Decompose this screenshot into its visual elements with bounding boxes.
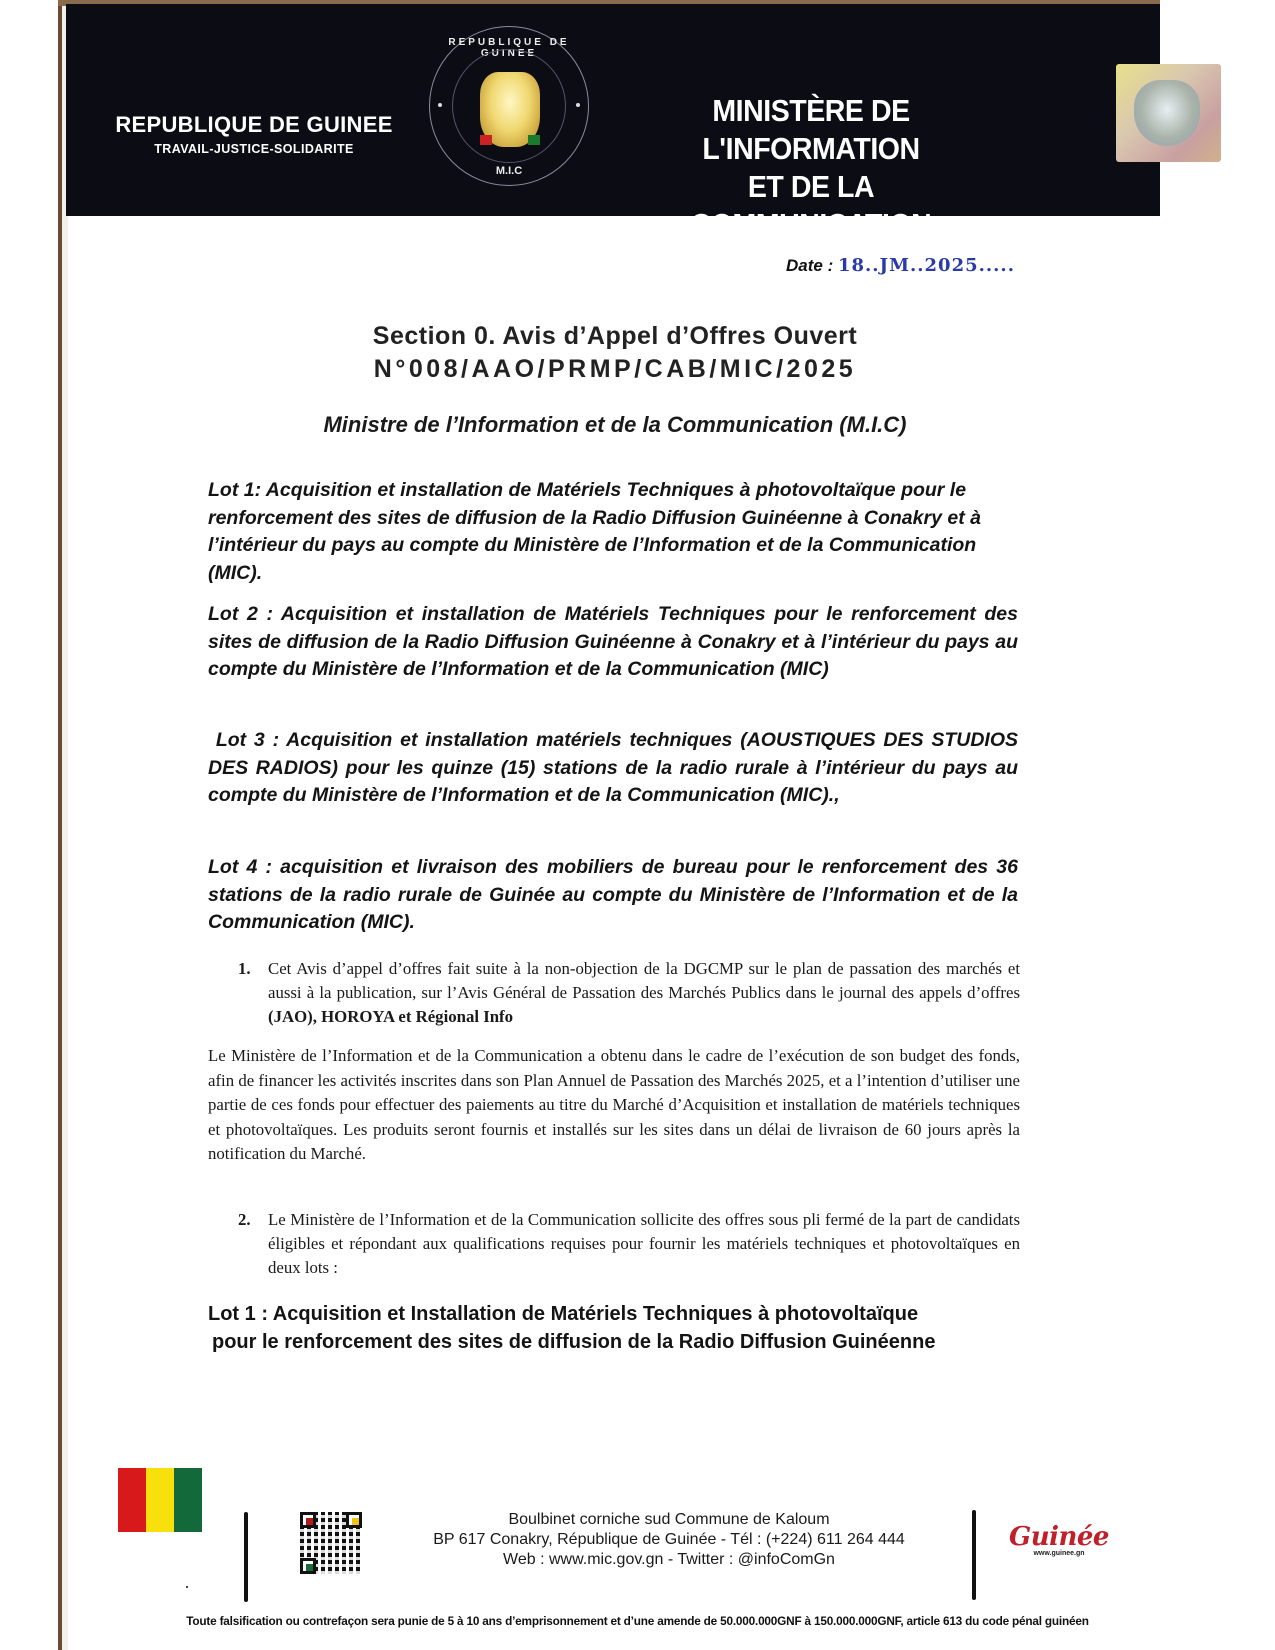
address-line3: Web : www.mic.gov.gn - Twitter : @infoCo… xyxy=(384,1550,954,1570)
coat-ribbon-green xyxy=(528,135,540,145)
ministry-name-line2: ET DE LA COMMUNICATION xyxy=(641,168,981,244)
item-number: 1. xyxy=(238,957,251,981)
ministry-name-block: MINISTÈRE DE L'INFORMATION ET DE LA COMM… xyxy=(626,92,996,244)
legal-disclaimer: Toute falsification ou contrefaçon sera … xyxy=(100,1614,1175,1628)
hologram-stamp-icon xyxy=(1116,64,1221,162)
funding-paragraph: Le Ministère de l’Information et de la C… xyxy=(208,1044,1020,1167)
lot-text: acquisition et livraison des mobiliers d… xyxy=(208,856,1018,933)
flag-yellow-band xyxy=(146,1468,174,1532)
lot-label: Lot 1: xyxy=(208,479,266,501)
ministry-name-line1: MINISTÈRE DE L'INFORMATION xyxy=(641,92,981,168)
page-edge-shadow xyxy=(62,0,68,1650)
lot-4-description: Lot 4 : acquisition et livraison des mob… xyxy=(208,854,1018,937)
date-value-handwritten: 18..JM..2025..... xyxy=(838,255,1015,276)
guinea-flag-icon xyxy=(118,1468,202,1532)
flag-green-band xyxy=(174,1468,202,1532)
final-lot-line2: pour le renforcement des sites de diffus… xyxy=(208,1328,1020,1356)
notice-reference-number: N°008/AAO/PRMP/CAB/MIC/2025 xyxy=(200,355,1030,384)
qr-finder-top-left xyxy=(300,1512,316,1528)
lot-1-description: Lot 1: Acquisition et installation de Ma… xyxy=(208,477,1018,587)
notice-title-line1: Section 0. Avis d’Appel d’Offres Ouvert xyxy=(200,322,1030,351)
flag-red-band xyxy=(118,1468,146,1532)
address-line2: BP 617 Conakry, République de Guinée - T… xyxy=(384,1530,954,1550)
footer-address: Boulbinet corniche sud Commune de Kaloum… xyxy=(384,1510,954,1570)
address-line1: Boulbinet corniche sud Commune de Kaloum xyxy=(384,1510,954,1530)
qr-finder-top-right xyxy=(346,1512,362,1528)
numbered-item-2: 2. Le Ministère de l’Information et de l… xyxy=(238,1208,1020,1280)
date-line: Date : 18..JM..2025..... xyxy=(786,255,1015,276)
guinee-logo-text: Guinée xyxy=(1004,1522,1114,1552)
lot-label: Lot 2 : xyxy=(208,603,281,625)
republic-title: REPUBLIQUE DE GUINEE xyxy=(114,112,394,138)
lot-3-description: Lot 3 : Acquisition et installation maté… xyxy=(208,727,1018,810)
item-text: Cet Avis d’appel d’offres fait suite à l… xyxy=(268,959,1020,1002)
footer-divider-left xyxy=(244,1512,248,1602)
notice-title: Section 0. Avis d’Appel d’Offres Ouvert … xyxy=(200,322,1030,384)
stamp-emblem-icon xyxy=(1134,80,1200,146)
item-number: 2. xyxy=(238,1208,251,1232)
ministry-seal: REPUBLIQUE DE GUINEE M.I.C xyxy=(429,26,589,186)
republic-motto: TRAVAIL-JUSTICE-SOLIDARITE xyxy=(114,142,394,156)
lot-2-description: Lot 2 : Acquisition et installation de M… xyxy=(208,601,1018,684)
qr-finder-bottom-left xyxy=(300,1558,316,1574)
item-body: Le Ministère de l’Information et de la C… xyxy=(268,1208,1020,1280)
final-lot-heading: Lot 1 : Acquisition et Installation de M… xyxy=(208,1300,1020,1356)
item-body: Cet Avis d’appel d’offres fait suite à l… xyxy=(268,957,1020,1029)
coat-ribbon-red xyxy=(480,135,492,145)
item-bold-tail: (JAO), HOROYA et Régional Info xyxy=(268,1007,513,1026)
notice-subtitle: Ministre de l’Information et de la Commu… xyxy=(200,412,1030,438)
lot-label: Lot 3 : xyxy=(216,729,286,751)
guinee-brand-logo: Guinée www.guinee.gn xyxy=(1004,1522,1114,1557)
lot-label: Lot 4 : xyxy=(208,856,280,878)
final-lot-line1: Lot 1 : Acquisition et Installation de M… xyxy=(208,1300,1020,1328)
speck xyxy=(186,1586,188,1588)
lot-text: Acquisition et installation matériels te… xyxy=(208,729,1018,806)
date-label: Date : xyxy=(786,256,838,275)
footer-divider-right xyxy=(972,1510,976,1600)
numbered-item-1: 1. Cet Avis d’appel d’offres fait suite … xyxy=(238,957,1020,1029)
seal-dot-right xyxy=(576,103,580,107)
letterhead-banner: REPUBLIQUE DE GUINEE TRAVAIL-JUSTICE-SOL… xyxy=(66,4,1160,216)
republic-block: REPUBLIQUE DE GUINEE TRAVAIL-JUSTICE-SOL… xyxy=(114,112,394,156)
seal-dot-left xyxy=(438,103,442,107)
seal-bottom-text: M.I.C xyxy=(430,165,588,177)
lot-text: Acquisition et installation de Matériels… xyxy=(208,603,1018,680)
lot-text: Acquisition et installation de Matériels… xyxy=(208,479,981,584)
